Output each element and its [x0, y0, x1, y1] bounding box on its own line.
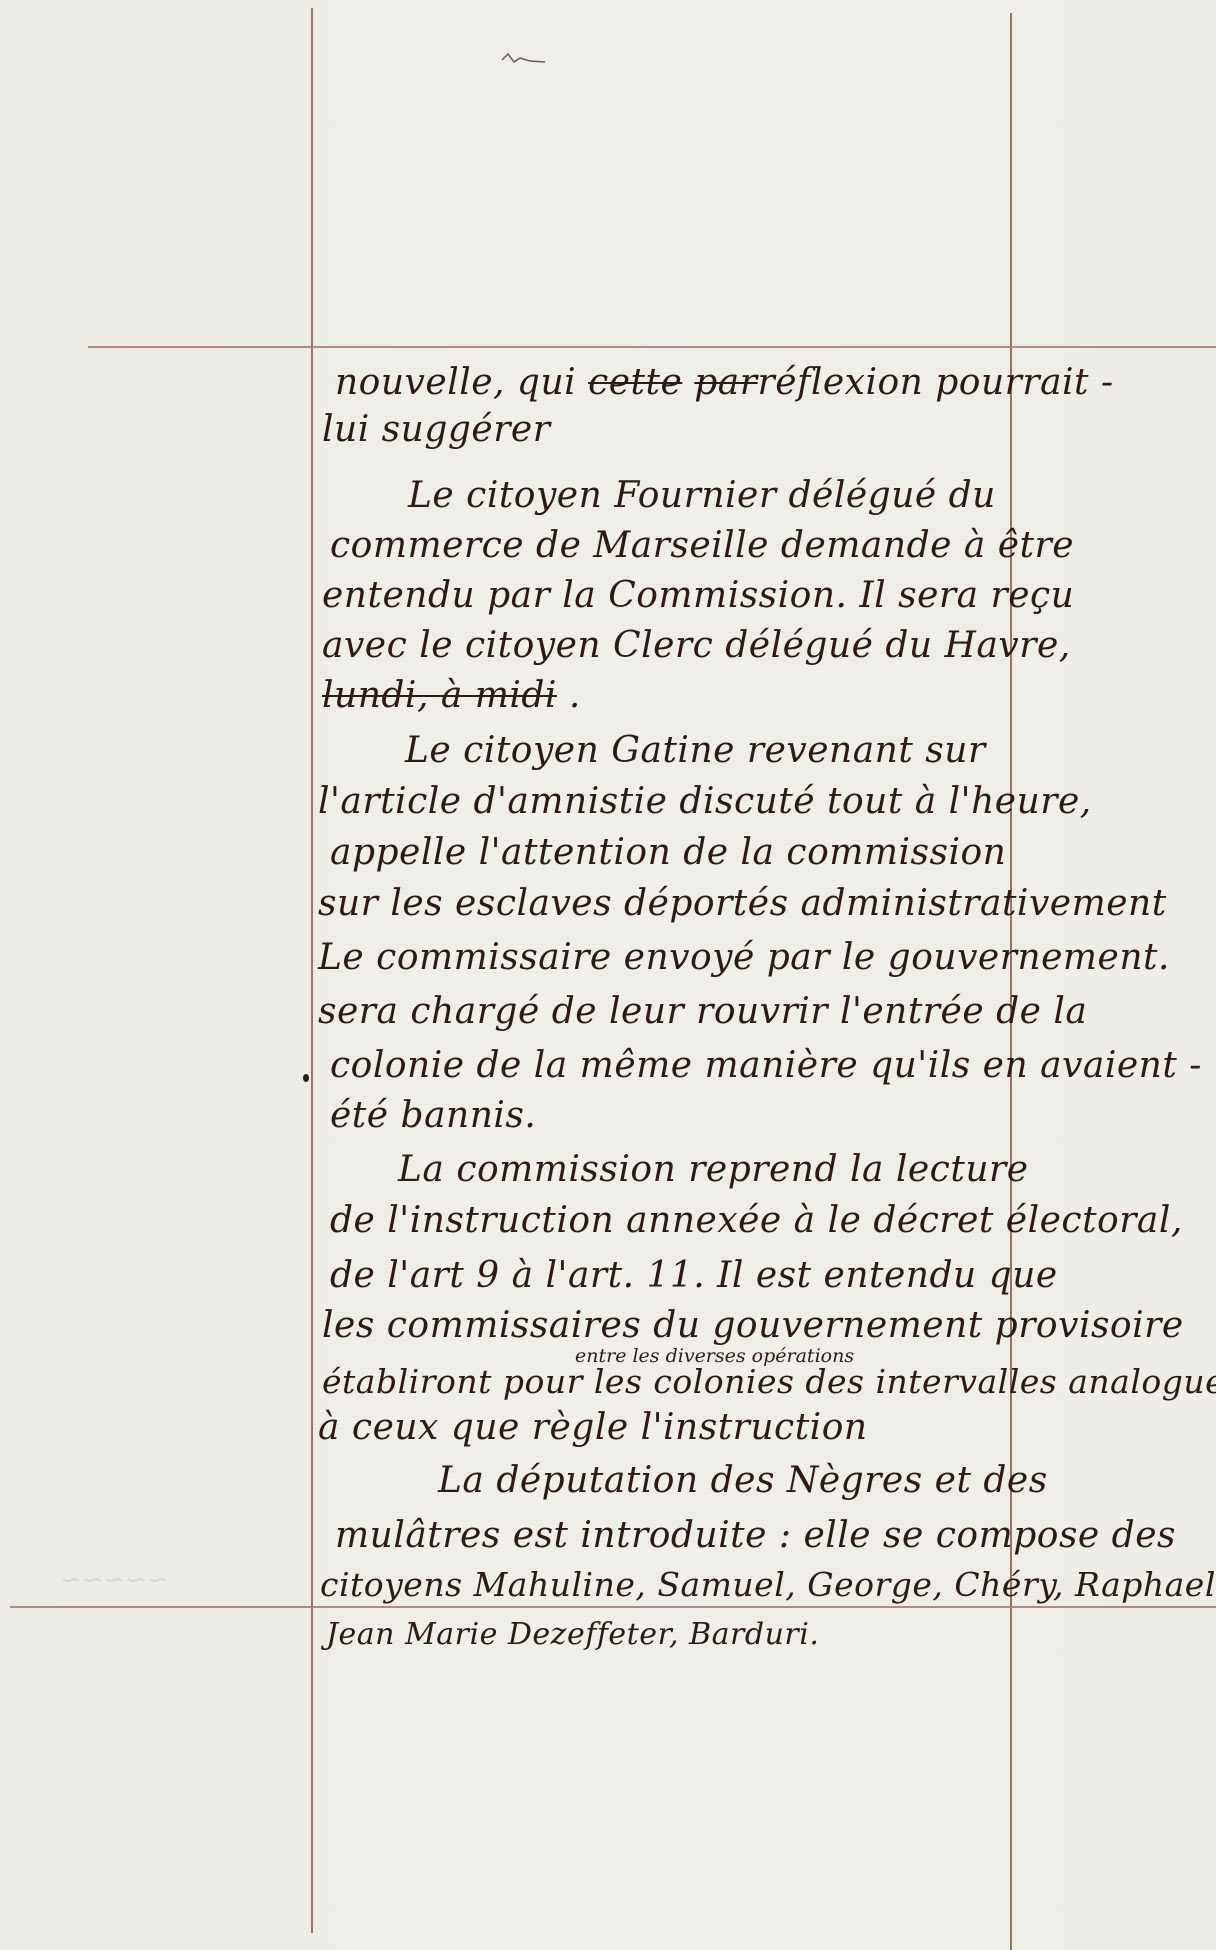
text-line-3: Le citoyen Fournier délégué du [408, 478, 996, 514]
text-line-21: à ceux que règle l'instruction [318, 1410, 868, 1446]
text-line-25: Jean Marie Dezeffeter, Barduri. [326, 1620, 819, 1650]
text-line-15: été bannis. [330, 1098, 536, 1134]
text-line-10: appelle l'attention de la commission [330, 835, 1006, 871]
text-line-4: commerce de Marseille demande à être [330, 528, 1074, 564]
text-line-7: lundi, à midi . [322, 678, 581, 714]
text-line-23: mulâtres est introduite : elle se compos… [335, 1518, 1176, 1554]
right-margin-rule [1010, 13, 1012, 1950]
text-line-13: sera chargé de leur rouvrir l'entrée de … [318, 994, 1087, 1030]
text-line-19: les commissaires du gouvernement proviso… [322, 1308, 1184, 1344]
text-line-14: colonie de la même manière qu'ils en ava… [330, 1048, 1202, 1084]
text-line-24: citoyens Mahuline, Samuel, George, Chéry… [320, 1568, 1216, 1601]
text-line-5: entendu par la Commission. Il sera reçu [322, 578, 1074, 614]
text-line-17: de l'instruction annexée à le décret éle… [330, 1203, 1183, 1239]
top-horizontal-rule [88, 346, 1216, 348]
squiggle-mark [500, 52, 560, 72]
left-margin-rule [311, 8, 313, 1933]
text-line-1: nouvelle, qui cette parréflexion pourrai… [335, 365, 1114, 401]
text-line-22: La députation des Nègres et des [438, 1463, 1048, 1499]
margin-ink-dot [303, 1074, 309, 1082]
text-line-6: avec le citoyen Clerc délégué du Havre, [322, 628, 1071, 664]
text-line-16: La commission reprend la lecture [398, 1152, 1029, 1188]
text-line-20: établiront pour les colonies des interva… [322, 1365, 1216, 1398]
text-line-8: Le citoyen Gatine revenant sur [405, 733, 986, 769]
text-line-12: Le commissaire envoyé par le gouvernemen… [318, 940, 1170, 976]
bottom-horizontal-rule [10, 1606, 1216, 1608]
text-line-11: sur les esclaves déportés administrative… [318, 886, 1167, 922]
text-line-2: lui suggérer [322, 412, 550, 448]
text-line-18: de l'art 9 à l'art. 11. Il est entendu q… [330, 1258, 1058, 1294]
bleed-through-texture: ~~~~~ [60, 1565, 169, 1595]
text-line-9: l'article d'amnistie discuté tout à l'he… [318, 784, 1092, 820]
